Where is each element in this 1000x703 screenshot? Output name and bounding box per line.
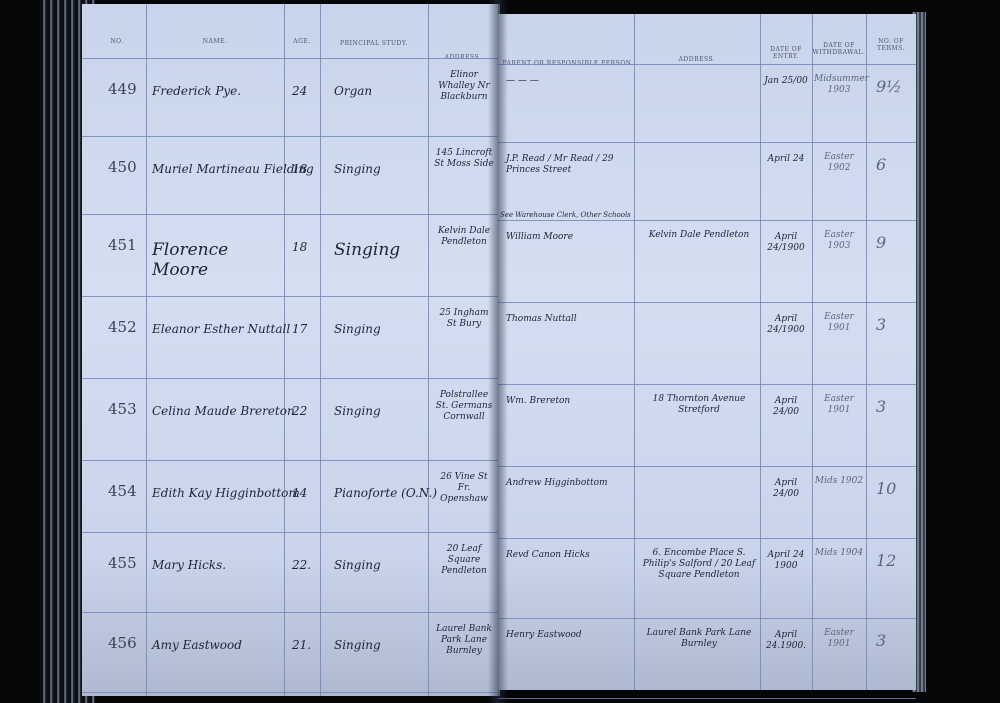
header-age: Age. (284, 38, 320, 45)
student-name: Florence Moore (152, 240, 282, 280)
student-name: Celina Maude Brereton (152, 404, 295, 418)
date-of-withdrawal: Easter 1901 (814, 312, 864, 334)
student-name: Frederick Pye. (152, 84, 241, 98)
date-of-entry: April 24 1900 (762, 550, 810, 572)
date-of-entry: April 24/1900 (762, 314, 810, 336)
header-date-of-entry: Date of Entry. (760, 46, 812, 60)
date-of-entry: April 24 (762, 154, 810, 165)
number-of-terms: 6 (876, 158, 886, 172)
parent-name: Thomas Nuttall (506, 314, 632, 325)
parent-name: — — — (506, 76, 632, 87)
student-name: Edith Kay Higginbottom (152, 486, 300, 500)
number-of-terms: 3 (876, 400, 886, 414)
parent-name: William Moore (506, 232, 632, 243)
number-of-terms: 12 (876, 554, 896, 568)
entry-number: 450 (108, 158, 137, 176)
student-age: 18 (292, 240, 307, 254)
number-of-terms: 3 (876, 634, 886, 648)
parent-name: J.P. Read / Mr Read / 29 Princes Street (506, 154, 632, 176)
student-address: Kelvin Dale Pendleton (434, 226, 494, 248)
row-rule (498, 384, 916, 385)
row-rule (498, 698, 916, 699)
student-address: 26 Vine St Fr. Openshaw (434, 472, 494, 505)
number-of-terms: 9½ (876, 80, 902, 94)
student-address: 20 Leaf Square Pendleton (434, 544, 494, 577)
principal-study: Singing (334, 404, 381, 418)
entry-number: 454 (108, 482, 137, 500)
date-of-entry: April 24/00 (762, 396, 810, 418)
header-no: No. (92, 38, 142, 45)
student-address: Laurel Bank Park Lane Burnley (434, 624, 494, 657)
header-name: Name. (146, 38, 284, 45)
row-rule (82, 214, 498, 215)
student-address: 145 Lincroft St Moss Side (434, 148, 494, 170)
date-of-withdrawal: Easter 1901 (814, 628, 864, 650)
student-address: Polstrallee St. Germans Cornwall (434, 390, 494, 423)
date-of-withdrawal: Easter 1902 (814, 152, 864, 174)
principal-study: Singing (334, 240, 400, 260)
principal-study: Singing (334, 322, 381, 336)
row-rule (498, 302, 916, 303)
date-of-entry: April 24/1900 (762, 232, 810, 254)
entry-number: 451 (108, 236, 137, 254)
date-of-withdrawal: Midsummer 1903 (814, 74, 864, 96)
principal-study: Pianoforte (O.N.) (334, 486, 437, 500)
parent-address: Laurel Bank Park Lane Burnley (640, 628, 758, 650)
principal-study: Singing (334, 638, 381, 652)
number-of-terms: 10 (876, 482, 896, 496)
student-age: 24 (292, 84, 307, 98)
parent-name: Andrew Higginbottom (506, 478, 632, 489)
right-page: Parent or Responsible Person. Address. D… (498, 14, 916, 690)
row-rule (82, 378, 498, 379)
book-gutter (488, 0, 508, 703)
entry-number: 449 (108, 80, 137, 98)
principal-study: Singing (334, 162, 381, 176)
student-age: 18 (292, 162, 307, 176)
parent-address: Kelvin Dale Pendleton (640, 230, 758, 241)
student-address: Elinor Whalley Nr Blackburn (434, 70, 494, 103)
date-of-withdrawal: Mids 1902 (814, 476, 864, 487)
row-rule (82, 296, 498, 297)
principal-study: Singing (334, 558, 381, 572)
student-age: 21. (292, 638, 311, 652)
entry-number: 453 (108, 400, 137, 418)
row-rule (82, 692, 498, 693)
header-principal-study: Principal Study. (320, 40, 428, 47)
row-rule (498, 618, 916, 619)
parent-name: Revd Canon Hicks (506, 550, 632, 561)
student-age: 17 (292, 322, 307, 336)
row-rule (82, 58, 498, 59)
parent-address: 6. Encombe Place S. Philip's Salford / 2… (640, 548, 758, 581)
student-age: 22. (292, 558, 311, 572)
entry-number: 455 (108, 554, 137, 572)
student-age: 22 (292, 404, 307, 418)
date-of-withdrawal: Easter 1901 (814, 394, 864, 416)
parent-name: Wm. Brereton (506, 396, 632, 407)
header-no-of-terms: No. of Terms. (866, 38, 916, 52)
date-of-entry: April 24/00 (762, 478, 810, 500)
marginal-note: See Warehouse Clerk, Other Schools (500, 210, 631, 221)
row-rule (498, 142, 916, 143)
header-parent-address: Address. (634, 56, 760, 63)
row-rule (82, 612, 498, 613)
entry-number: 456 (108, 634, 137, 652)
student-name: Eleanor Esther Nuttall (152, 322, 290, 336)
number-of-terms: 9 (876, 236, 886, 250)
student-name: Mary Hicks. (152, 558, 226, 572)
number-of-terms: 3 (876, 318, 886, 332)
student-age: 14 (292, 486, 307, 500)
student-address: 25 Ingham St Bury (434, 308, 494, 330)
date-of-entry: Jan 25/00 (762, 76, 810, 87)
row-rule (82, 136, 498, 137)
principal-study: Organ (334, 84, 372, 98)
row-rule (498, 466, 916, 467)
date-of-withdrawal: Easter 1903 (814, 230, 864, 252)
entry-number: 452 (108, 318, 137, 336)
student-name: Amy Eastwood (152, 638, 242, 652)
row-rule (82, 532, 498, 533)
row-rule (498, 538, 916, 539)
left-page: No. Name. Age. Principal Study. Address. (82, 4, 500, 696)
parent-name: Henry Eastwood (506, 630, 632, 641)
date-of-withdrawal: Mids 1904 (814, 548, 864, 559)
student-name: Muriel Martineau Fielding (152, 162, 314, 176)
header-date-of-withdrawal: Date of Withdrawal. (812, 42, 866, 56)
row-rule (82, 460, 498, 461)
row-rule (498, 64, 916, 65)
parent-address: 18 Thornton Avenue Stretford (640, 394, 758, 416)
date-of-entry: April 24.1900. (762, 630, 810, 652)
